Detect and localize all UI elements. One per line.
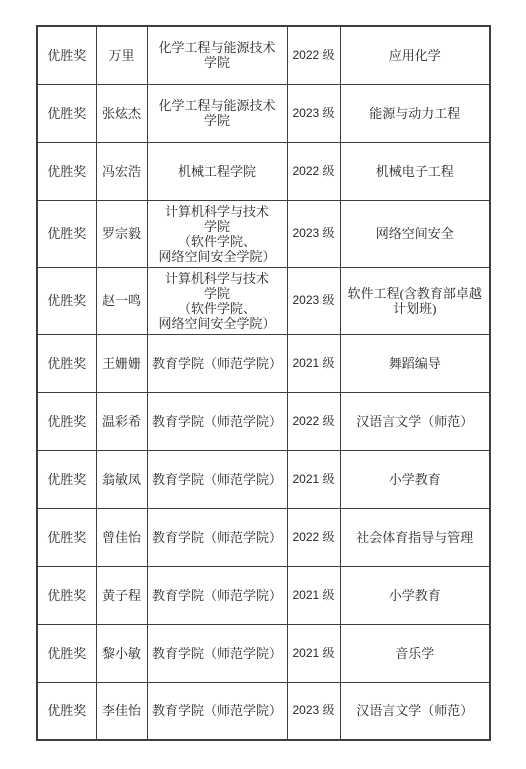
award-cell: 优胜奖: [37, 392, 96, 450]
major-cell: 应用化学: [340, 26, 490, 84]
college-cell: 教育学院（师范学院）: [147, 566, 287, 624]
grade-cell: 2021 级: [287, 624, 340, 682]
table-row: 优胜奖 李佳怡 教育学院（师范学院） 2023 级 汉语言文学（师范）: [37, 682, 490, 740]
grade-cell: 2022 级: [287, 392, 340, 450]
table-row: 优胜奖 张炫杰 化学工程与能源技术 学院 2023 级 能源与动力工程: [37, 84, 490, 142]
table-row: 优胜奖 温彩希 教育学院（师范学院） 2022 级 汉语言文学（师范）: [37, 392, 490, 450]
college-cell: 教育学院（师范学院）: [147, 450, 287, 508]
college-cell: 教育学院（师范学院）: [147, 624, 287, 682]
college-cell: 计算机科学与技术 学院 （软件学院、 网络空间安全学院）: [147, 200, 287, 267]
major-cell: 能源与动力工程: [340, 84, 490, 142]
major-cell: 音乐学: [340, 624, 490, 682]
college-cell: 计算机科学与技术 学院 （软件学院、 网络空间安全学院）: [147, 267, 287, 334]
table-row: 优胜奖 黄子程 教育学院（师范学院） 2021 级 小学教育: [37, 566, 490, 624]
major-cell: 网络空间安全: [340, 200, 490, 267]
table-row: 优胜奖 万里 化学工程与能源技术 学院 2022 级 应用化学: [37, 26, 490, 84]
college-cell: 化学工程与能源技术 学院: [147, 26, 287, 84]
name-cell: 翁敏凤: [96, 450, 147, 508]
grade-cell: 2022 级: [287, 26, 340, 84]
award-cell: 优胜奖: [37, 334, 96, 392]
table-row: 优胜奖 曾佳怡 教育学院（师范学院） 2022 级 社会体育指导与管理: [37, 508, 490, 566]
name-cell: 黎小敏: [96, 624, 147, 682]
grade-cell: 2022 级: [287, 508, 340, 566]
name-cell: 黄子程: [96, 566, 147, 624]
table-row: 优胜奖 赵一鸣 计算机科学与技术 学院 （软件学院、 网络空间安全学院） 202…: [37, 267, 490, 334]
grade-cell: 2022 级: [287, 142, 340, 200]
award-cell: 优胜奖: [37, 450, 96, 508]
major-cell: 小学教育: [340, 566, 490, 624]
name-cell: 曾佳怡: [96, 508, 147, 566]
award-cell: 优胜奖: [37, 26, 96, 84]
major-cell: 机械电子工程: [340, 142, 490, 200]
name-cell: 万里: [96, 26, 147, 84]
name-cell: 冯宏浩: [96, 142, 147, 200]
grade-cell: 2023 级: [287, 682, 340, 740]
college-cell: 机械工程学院: [147, 142, 287, 200]
name-cell: 赵一鸣: [96, 267, 147, 334]
name-cell: 张炫杰: [96, 84, 147, 142]
college-cell: 化学工程与能源技术 学院: [147, 84, 287, 142]
table-row: 优胜奖 黎小敏 教育学院（师范学院） 2021 级 音乐学: [37, 624, 490, 682]
page: { "colors": { "page_background": "#fffff…: [0, 0, 526, 769]
award-cell: 优胜奖: [37, 682, 96, 740]
major-cell: 舞蹈编导: [340, 334, 490, 392]
college-cell: 教育学院（师范学院）: [147, 392, 287, 450]
college-cell: 教育学院（师范学院）: [147, 508, 287, 566]
major-cell: 小学教育: [340, 450, 490, 508]
grade-cell: 2023 级: [287, 200, 340, 267]
award-cell: 优胜奖: [37, 200, 96, 267]
table-row: 优胜奖 王姗姗 教育学院（师范学院） 2021 级 舞蹈编导: [37, 334, 490, 392]
major-cell: 软件工程(含教育部卓越 计划班): [340, 267, 490, 334]
major-cell: 汉语言文学（师范）: [340, 682, 490, 740]
grade-cell: 2023 级: [287, 84, 340, 142]
award-winners-table: 优胜奖 万里 化学工程与能源技术 学院 2022 级 应用化学 优胜奖 张炫杰 …: [36, 25, 491, 741]
name-cell: 温彩希: [96, 392, 147, 450]
table-row: 优胜奖 冯宏浩 机械工程学院 2022 级 机械电子工程: [37, 142, 490, 200]
name-cell: 王姗姗: [96, 334, 147, 392]
college-cell: 教育学院（师范学院）: [147, 334, 287, 392]
major-cell: 汉语言文学（师范）: [340, 392, 490, 450]
grade-cell: 2021 级: [287, 334, 340, 392]
name-cell: 罗宗毅: [96, 200, 147, 267]
major-cell: 社会体育指导与管理: [340, 508, 490, 566]
table-row: 优胜奖 翁敏凤 教育学院（师范学院） 2021 级 小学教育: [37, 450, 490, 508]
award-cell: 优胜奖: [37, 84, 96, 142]
college-cell: 教育学院（师范学院）: [147, 682, 287, 740]
grade-cell: 2021 级: [287, 566, 340, 624]
award-cell: 优胜奖: [37, 624, 96, 682]
grade-cell: 2023 级: [287, 267, 340, 334]
award-cell: 优胜奖: [37, 508, 96, 566]
table-row: 优胜奖 罗宗毅 计算机科学与技术 学院 （软件学院、 网络空间安全学院） 202…: [37, 200, 490, 267]
award-cell: 优胜奖: [37, 566, 96, 624]
name-cell: 李佳怡: [96, 682, 147, 740]
grade-cell: 2021 级: [287, 450, 340, 508]
award-cell: 优胜奖: [37, 267, 96, 334]
award-cell: 优胜奖: [37, 142, 96, 200]
table-body: 优胜奖 万里 化学工程与能源技术 学院 2022 级 应用化学 优胜奖 张炫杰 …: [37, 26, 490, 740]
